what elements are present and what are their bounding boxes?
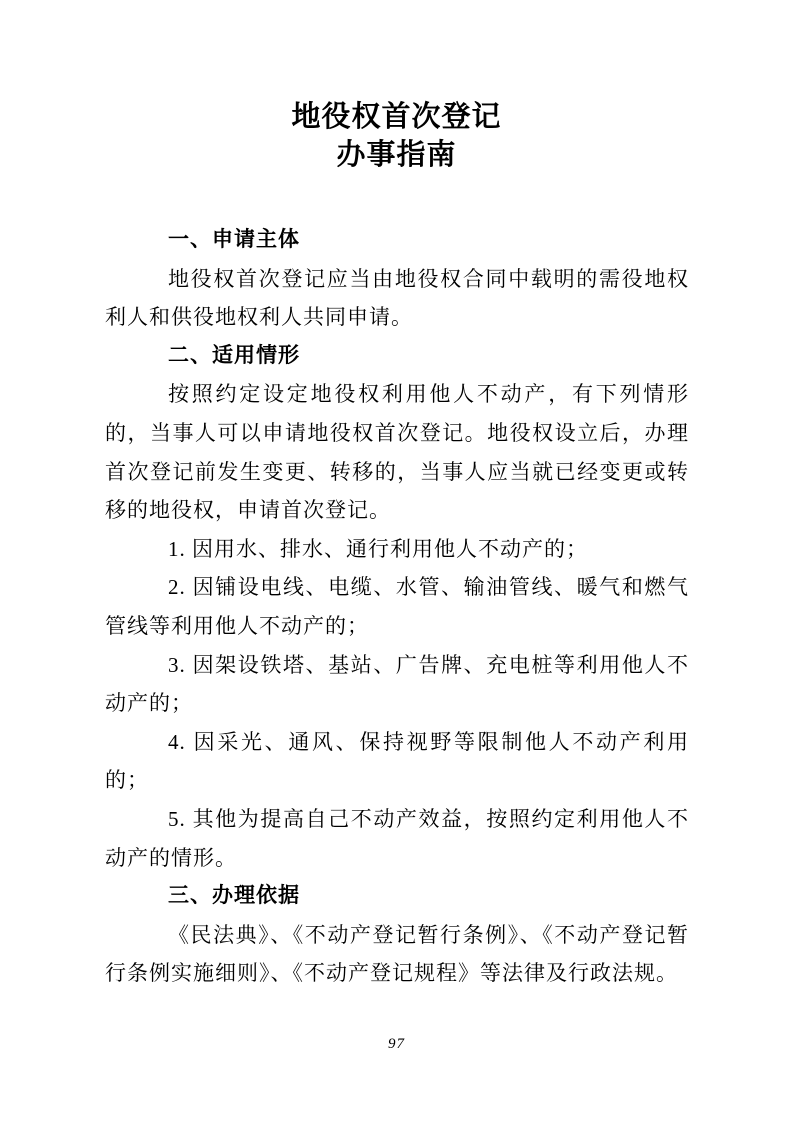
document-page: 地役权首次登记 办事指南 一、申请主体 地役权首次登记应当由地役权合同中载明的需…: [0, 0, 793, 1122]
paragraph: 按照约定设定地役权利用他人不动产，有下列情形的，当事人可以申请地役权首次登记。地…: [105, 375, 689, 529]
section-heading-applicable-situations: 二、适用情形: [105, 337, 689, 376]
list-item-2: 2. 因铺设电线、电缆、水管、输油管线、暖气和燃气管线等利用他人不动产的；: [105, 568, 689, 645]
document-body: 一、申请主体 地役权首次登记应当由地役权合同中载明的需役地权利人和供役地权利人共…: [105, 221, 689, 993]
document-title: 地役权首次登记 办事指南: [0, 98, 793, 174]
document-title-line-2: 办事指南: [0, 136, 793, 174]
page-number: 97: [0, 1036, 793, 1053]
list-item-3: 3. 因架设铁塔、基站、广告牌、充电桩等利用他人不动产的；: [105, 646, 689, 723]
list-item-4: 4. 因采光、通风、保持视野等限制他人不动产利用的；: [105, 723, 689, 800]
list-item-5: 5. 其他为提高自己不动产效益，按照约定利用他人不动产的情形。: [105, 800, 689, 877]
section-heading-processing-basis: 三、办理依据: [105, 877, 689, 916]
list-item-1: 1. 因用水、排水、通行利用他人不动产的；: [105, 530, 689, 569]
section-heading-application-subject: 一、申请主体: [105, 221, 689, 260]
document-title-line-1: 地役权首次登记: [0, 98, 793, 136]
paragraph: 《民法典》、《不动产登记暂行条例》、《不动产登记暂行条例实施细则》、《不动产登记…: [105, 916, 689, 993]
paragraph: 地役权首次登记应当由地役权合同中载明的需役地权利人和供役地权利人共同申请。: [105, 260, 689, 337]
